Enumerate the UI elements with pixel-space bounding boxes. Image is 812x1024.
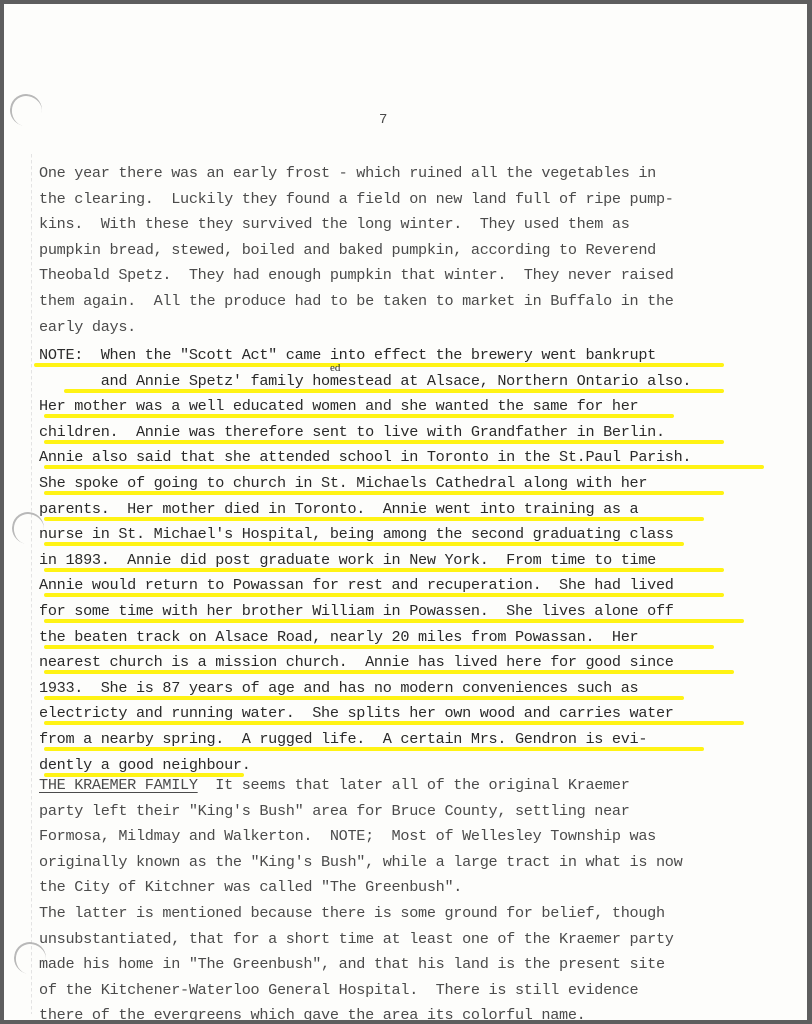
text-line: pumpkin bread, stewed, boiled and baked … [39,241,656,259]
highlighted-text-line: from a nearby spring. A rugged life. A c… [39,730,647,748]
highlighted-text-line: She spoke of going to church in St. Mich… [39,474,647,492]
section-heading: THE KRAEMER FAMILY [39,776,198,794]
text-line: kins. With these they survived the long … [39,215,630,233]
highlighted-text-line: electricty and running water. She splits… [39,704,674,722]
text-line: there of the evergreens which gave the a… [39,1006,585,1020]
highlighted-text-line: 1933. She is 87 years of age and has no … [39,679,638,697]
highlighted-text-line: parents. Her mother died in Toronto. Ann… [39,500,638,518]
text-line: One year there was an early frost - whic… [39,164,656,182]
margin-rule [31,154,32,1014]
highlighted-text-line: nearest church is a mission church. Anni… [39,653,674,671]
text-line: early days. [39,318,136,336]
highlighted-text-line: in 1893. Annie did post graduate work in… [39,551,656,569]
text-line: Formosa, Mildmay and Walkerton. NOTE; Mo… [39,827,656,845]
highlighted-text-line: Annie also said that she attended school… [39,448,691,466]
text-line: originally known as the "King's Bush", w… [39,853,682,871]
highlighted-text-line: and Annie Spetz' family homestead at Als… [39,372,691,390]
highlighted-text-line: Her mother was a well educated women and… [39,397,638,415]
handwritten-insertion: ed [330,362,340,374]
text-line: made his home in "The Greenbush", and th… [39,955,665,973]
section-first-line-text: It seems that later all of the original … [198,776,630,794]
text-line: the clearing. Luckily they found a field… [39,190,674,208]
highlighted-text-line: the beaten track on Alsace Road, nearly … [39,628,638,646]
highlighted-text-line: Annie would return to Powassan for rest … [39,576,674,594]
page-number: 7 [379,112,387,128]
text-line: party left their "King's Bush" area for … [39,802,630,820]
text-line: them again. All the produce had to be ta… [39,292,674,310]
section-first-line: THE KRAEMER FAMILY It seems that later a… [39,776,630,794]
punch-hole-icon [7,91,44,128]
text-line: of the Kitchener-Waterloo General Hospit… [39,981,638,999]
text-line: Theobald Spetz. They had enough pumpkin … [39,266,674,284]
highlighted-text-line: for some time with her brother William i… [39,602,674,620]
highlighted-text-line: nurse in St. Michael's Hospital, being a… [39,525,674,543]
text-line: the City of Kitchner was called "The Gre… [39,878,462,896]
highlighted-text-line: NOTE: When the "Scott Act" came into eff… [39,346,656,364]
scanned-page: 7 One year there was an early frost - wh… [4,4,807,1020]
text-line: unsubstantiated, that for a short time a… [39,930,674,948]
highlighted-text-line: children. Annie was therefore sent to li… [39,423,665,441]
highlighted-text-line: dently a good neighbour. [39,756,251,774]
text-line: The latter is mentioned because there is… [39,904,665,922]
